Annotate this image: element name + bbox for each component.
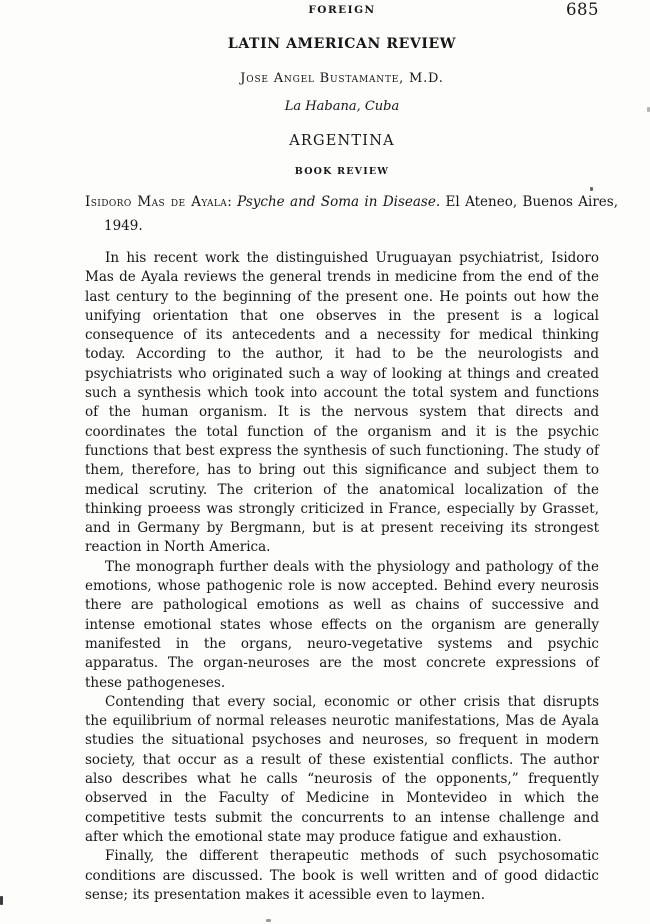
paragraph-2: The monograph further deals with the phy… bbox=[85, 558, 599, 693]
scan-artifact-bottom bbox=[266, 919, 271, 922]
review-body: In his recent work the distinguished Uru… bbox=[85, 249, 599, 905]
author-byline: Jose Angel Bustamante, M.D. bbox=[85, 71, 599, 86]
page-number: 685 bbox=[85, 0, 599, 19]
citation-separator: : bbox=[227, 194, 237, 210]
author-location: La Habana, Cuba bbox=[85, 99, 599, 114]
citation-reviewed-author: Isidoro Mas de Ayala bbox=[85, 194, 227, 210]
scan-artifact-left-edge bbox=[0, 896, 3, 905]
paragraph-1: In his recent work the distinguished Uru… bbox=[85, 249, 599, 558]
book-citation: Isidoro Mas de Ayala: Psyche and Soma in… bbox=[85, 190, 618, 238]
section-title: LATIN AMERICAN REVIEW bbox=[85, 36, 599, 52]
paragraph-3: Contending that every social, economic o… bbox=[85, 693, 599, 847]
scan-artifact-citation bbox=[590, 187, 593, 191]
citation-book-title: Psyche and Soma in Disease. bbox=[237, 194, 440, 210]
book-review-heading: BOOK REVIEW bbox=[85, 166, 599, 177]
journal-page: FOREIGN 685 LATIN AMERICAN REVIEW Jose A… bbox=[0, 0, 650, 924]
country-heading: ARGENTINA bbox=[85, 133, 599, 149]
paragraph-4: Finally, the different therapeutic metho… bbox=[85, 847, 599, 905]
